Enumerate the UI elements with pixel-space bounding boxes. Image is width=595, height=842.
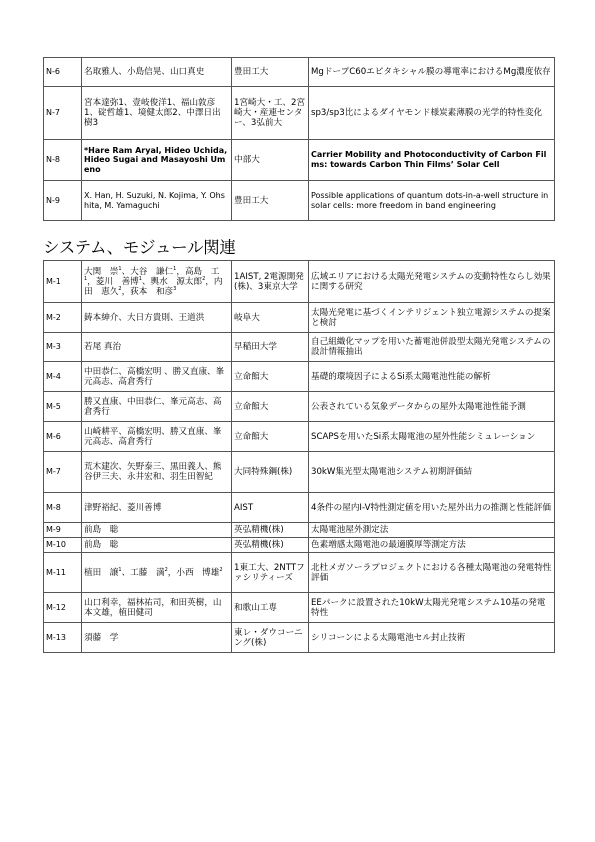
affiliation: 立命館大 bbox=[232, 362, 309, 392]
program-table-m: M-1 大関 崇1、大谷 謙仁1，高島 工1，菱川 善博1、輿水 源太郎2，内田… bbox=[43, 260, 555, 653]
paper-id: M-3 bbox=[44, 333, 82, 362]
title: 公表されている気象データからの屋外太陽電池性能予測 bbox=[309, 392, 555, 422]
paper-id: M-8 bbox=[44, 493, 82, 523]
affiliation: 岐阜大 bbox=[232, 303, 309, 333]
title: 自己組織化マップを用いた蓄電池併設型太陽光発電システムの設計情報抽出 bbox=[309, 333, 555, 362]
title: sp3/sp3比によるダイヤモンド様炭素薄膜の光学的特性変化 bbox=[309, 87, 555, 140]
table-row: M-1 大関 崇1、大谷 謙仁1，高島 工1，菱川 善博1、輿水 源太郎2，内田… bbox=[44, 261, 555, 303]
table-row: M-5 勝又直康、中田恭仁、峯元高志、高倉秀行 立命館大 公表されている気象デー… bbox=[44, 392, 555, 422]
table-row: N-7 宮本達弥1、壹岐俊洋1、福山敦彦1、碇哲雄1、境健太郎2、中澤日出樹3 … bbox=[44, 87, 555, 140]
table-row: M-2 鋳本紳介、大日方貴則、王道洪 岐阜大 太陽光発電に基づくインテリジェント… bbox=[44, 303, 555, 333]
paper-id: M-11 bbox=[44, 553, 82, 593]
title: MgドープC60エピタキシャル膜の導電率におけるMg濃度依存 bbox=[309, 58, 555, 87]
title: 基礎的環境因子によるSi系太陽電池性能の解析 bbox=[309, 362, 555, 392]
affiliation: 大同特殊鋼(株) bbox=[232, 452, 309, 493]
section-heading: システム、モジュール関連 bbox=[43, 238, 236, 258]
table-row: M-11 植田 譲1、工藤 満2，小西 博雄2 1東工大、2NTTファシリティー… bbox=[44, 553, 555, 593]
authors: 若尾 真治 bbox=[82, 333, 232, 362]
table-row: M-3 若尾 真治 早稲田大学 自己組織化マップを用いた蓄電池併設型太陽光発電シ… bbox=[44, 333, 555, 362]
authors: 名取雅人、小島信晃、山口真史 bbox=[82, 58, 232, 87]
paper-id: M-12 bbox=[44, 593, 82, 623]
affiliation: 豊田工大 bbox=[232, 58, 309, 87]
affiliation: 東レ・ダウコーニング(株) bbox=[232, 623, 309, 653]
affiliation: 和歌山工専 bbox=[232, 593, 309, 623]
authors: 前島 聡 bbox=[82, 523, 232, 538]
affiliation: 立命館大 bbox=[232, 422, 309, 452]
title: 北杜メガソーラプロジェクトにおける各種太陽電池の発電特性評価 bbox=[309, 553, 555, 593]
table-row: M-7 荒木建次、矢野泰三、黒田義人、熊谷伊三夫、永井宏和、羽生田智紀 大同特殊… bbox=[44, 452, 555, 493]
table-row: M-13 須藤 学 東レ・ダウコーニング(株) シリコーンによる太陽電池セル封止… bbox=[44, 623, 555, 653]
title: シリコーンによる太陽電池セル封止技術 bbox=[309, 623, 555, 653]
paper-id: M-6 bbox=[44, 422, 82, 452]
paper-id: M-5 bbox=[44, 392, 82, 422]
title: SCAPSを用いたSi系太陽電池の屋外性能シミュレーション bbox=[309, 422, 555, 452]
paper-id: N-7 bbox=[44, 87, 82, 140]
authors: 前島 聡 bbox=[82, 538, 232, 553]
paper-id: M-1 bbox=[44, 261, 82, 303]
affiliation: 英弘精機(株) bbox=[232, 538, 309, 553]
authors: X. Han, H. Suzuki, N. Kojima, Y. Ohshita… bbox=[82, 181, 232, 221]
title: 4条件の屋内I-V特性測定値を用いた屋外出力の推測と性能評価 bbox=[309, 493, 555, 523]
title: Carrier Mobility and Photoconductivity o… bbox=[309, 140, 555, 181]
affiliation: 早稲田大学 bbox=[232, 333, 309, 362]
authors: 植田 譲1、工藤 満2，小西 博雄2 bbox=[82, 553, 232, 593]
authors: 大関 崇1、大谷 謙仁1，高島 工1，菱川 善博1、輿水 源太郎2，内田 恵久2… bbox=[82, 261, 232, 303]
paper-id: N-6 bbox=[44, 58, 82, 87]
title: 広域エリアにおける太陽光発電システムの変動特性ならし効果に関する研究 bbox=[309, 261, 555, 303]
affiliation: 豊田工大 bbox=[232, 181, 309, 221]
paper-id: M-10 bbox=[44, 538, 82, 553]
paper-id: N-8 bbox=[44, 140, 82, 181]
title: 太陽電池屋外測定法 bbox=[309, 523, 555, 538]
paper-id: M-2 bbox=[44, 303, 82, 333]
authors: 津野裕紀、菱川善博 bbox=[82, 493, 232, 523]
program-table-n: N-6 名取雅人、小島信晃、山口真史 豊田工大 MgドープC60エピタキシャル膜… bbox=[43, 57, 555, 221]
table-row: N-9 X. Han, H. Suzuki, N. Kojima, Y. Ohs… bbox=[44, 181, 555, 221]
paper-id: M-13 bbox=[44, 623, 82, 653]
affiliation: 1宮崎大・工、2宮崎大・産連センター、3弘前大 bbox=[232, 87, 309, 140]
affiliation: 1東工大、2NTTファシリティーズ bbox=[232, 553, 309, 593]
table-row: M-9 前島 聡 英弘精機(株) 太陽電池屋外測定法 bbox=[44, 523, 555, 538]
authors: 鋳本紳介、大日方貴則、王道洪 bbox=[82, 303, 232, 333]
affiliation: 立命館大 bbox=[232, 392, 309, 422]
title: 30kW集光型太陽電池システム初期評価結 bbox=[309, 452, 555, 493]
affiliation: AIST bbox=[232, 493, 309, 523]
paper-id: N-9 bbox=[44, 181, 82, 221]
authors: 山口利幸，福林祐司，和田英樹，山本文雄，植田健司 bbox=[82, 593, 232, 623]
authors: 山崎耕平、高橋宏明、勝又直康、峯元高志、高倉秀行 bbox=[82, 422, 232, 452]
paper-id: M-4 bbox=[44, 362, 82, 392]
paper-id: M-7 bbox=[44, 452, 82, 493]
table-row: M-10 前島 聡 英弘精機(株) 色素増感太陽電池の最適膜厚等測定方法 bbox=[44, 538, 555, 553]
affiliation: 英弘精機(株) bbox=[232, 523, 309, 538]
authors: 中田恭仁、高橋宏明 、勝又直康、峯元高志、高倉秀行 bbox=[82, 362, 232, 392]
affiliation: 中部大 bbox=[232, 140, 309, 181]
table-row: M-4 中田恭仁、高橋宏明 、勝又直康、峯元高志、高倉秀行 立命館大 基礎的環境… bbox=[44, 362, 555, 392]
table-row: N-6 名取雅人、小島信晃、山口真史 豊田工大 MgドープC60エピタキシャル膜… bbox=[44, 58, 555, 87]
title: 色素増感太陽電池の最適膜厚等測定方法 bbox=[309, 538, 555, 553]
table-row: M-6 山崎耕平、高橋宏明、勝又直康、峯元高志、高倉秀行 立命館大 SCAPSを… bbox=[44, 422, 555, 452]
authors: 勝又直康、中田恭仁、峯元高志、高倉秀行 bbox=[82, 392, 232, 422]
table-row: M-8 津野裕紀、菱川善博 AIST 4条件の屋内I-V特性測定値を用いた屋外出… bbox=[44, 493, 555, 523]
table-row: M-12 山口利幸，福林祐司，和田英樹，山本文雄，植田健司 和歌山工専 EEパー… bbox=[44, 593, 555, 623]
authors: 須藤 学 bbox=[82, 623, 232, 653]
authors: *Hare Ram Aryal, Hideo Uchida, Hideo Sug… bbox=[82, 140, 232, 181]
table-row: N-8 *Hare Ram Aryal, Hideo Uchida, Hideo… bbox=[44, 140, 555, 181]
authors: 荒木建次、矢野泰三、黒田義人、熊谷伊三夫、永井宏和、羽生田智紀 bbox=[82, 452, 232, 493]
title: EEパークに設置された10kW太陽光発電システム10基の発電特性 bbox=[309, 593, 555, 623]
paper-id: M-9 bbox=[44, 523, 82, 538]
title: Possible applications of quantum dots-in… bbox=[309, 181, 555, 221]
authors: 宮本達弥1、壹岐俊洋1、福山敦彦1、碇哲雄1、境健太郎2、中澤日出樹3 bbox=[82, 87, 232, 140]
title: 太陽光発電に基づくインテリジェント独立電源システムの提案と検討 bbox=[309, 303, 555, 333]
affiliation: 1AIST, 2電源開発(株)、3東京大学 bbox=[232, 261, 309, 303]
